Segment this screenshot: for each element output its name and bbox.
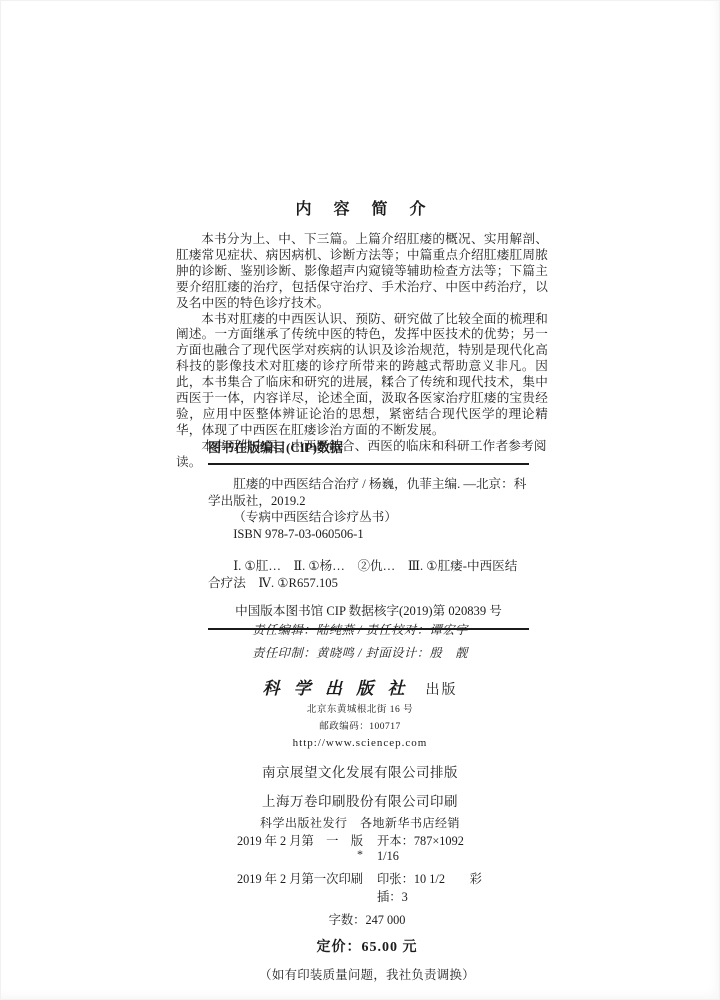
cip-entry: 肛瘘的中西医结合治疗 / 杨巍，仇菲主编. —北京：科学出版社，2019.2 [208,476,529,509]
publisher-url: http://www.sciencep.com [0,737,720,749]
cip-classification: Ⅰ. ①肛… Ⅱ. ①杨… ②仇… Ⅲ. ①肛瘘-中西医结合疗法 Ⅳ. ①R65… [208,558,529,591]
printing-company: 上海万卷印刷股份有限公司印刷 [0,790,720,810]
intro-paragraph-2: 本书对肛瘘的中西医认识、预防、研究做了比较全面的梳理和阐述。一方面继承了传统中医… [176,312,548,439]
intro-title: 内 容 简 介 [176,196,548,219]
typesetting-company: 南京展望文化发展有限公司排版 [0,761,720,781]
intro-section: 内 容 简 介 本书分为上、中、下三篇。上篇介绍肛瘘的概况、实用解剖、肛瘘常见症… [176,196,548,471]
cip-isbn: ISBN 978-7-03-060506-1 [208,526,529,543]
cip-heading: 图书在版编目(CIP)数据 [208,437,529,456]
cip-divider-top [208,463,529,465]
sheets-spec: 印张：10 1/2 彩插：3 [377,869,497,905]
publisher-address: 北京东黄城根北街 16 号 [0,704,720,718]
cip-record: 中国版本图书馆 CIP 数据核字(2019)第 020839 号 [208,603,529,620]
publisher-logo-text: 科 学 出 版 社 [263,679,410,698]
intro-paragraph-1: 本书分为上、中、下三篇。上篇介绍肛瘘的概况、实用解剖、肛瘘常见症状、病因病机、诊… [176,232,548,312]
format-spec: 开本：787×1092 1/16 [377,831,497,864]
printing-date: 2019 年 2 月第一次印刷 [237,869,377,905]
distribution-line: 科学出版社发行 各地新华书店经销 [0,814,720,831]
book-copyright-page: 内 容 简 介 本书分为上、中、下三篇。上篇介绍肛瘘的概况、实用解剖、肛瘘常见症… [0,0,720,1000]
print-info-section: 2019 年 2 月第 一 版 开本：787×1092 1/16 2019 年 … [237,831,497,983]
publisher-name-line: 科 学 出 版 社 出版 [0,679,720,701]
cip-section: 图书在版编目(CIP)数据 肛瘘的中西医结合治疗 / 杨巍，仇菲主编. —北京：… [208,437,529,630]
word-count: 字数：247 000 [237,910,497,928]
edition-row: 2019 年 2 月第 一 版 开本：787×1092 1/16 [237,831,497,864]
credits-editors: 责任编辑：陆纯燕 / 责任校对：谭宏宇 [0,620,720,638]
publish-label: 出版 [426,683,458,698]
printing-row: 2019 年 2 月第一次印刷 印张：10 1/2 彩插：3 [237,869,497,905]
price: 定价：65.00 元 [237,936,497,956]
cip-series: （专病中西医结合诊疗丛书） [208,509,529,526]
edition-date: 2019 年 2 月第 一 版 [237,831,377,864]
publisher-postcode: 邮政编码：100717 [0,721,720,735]
credits-production: 责任印制：黄晓鸣 / 封面设计：殷 靓 [0,643,720,661]
quality-note: （如有印装质量问题，我社负责调换） [237,965,497,983]
credits-section: 责任编辑：陆纯燕 / 责任校对：谭宏宇 责任印制：黄晓鸣 / 封面设计：殷 靓 [0,620,720,666]
